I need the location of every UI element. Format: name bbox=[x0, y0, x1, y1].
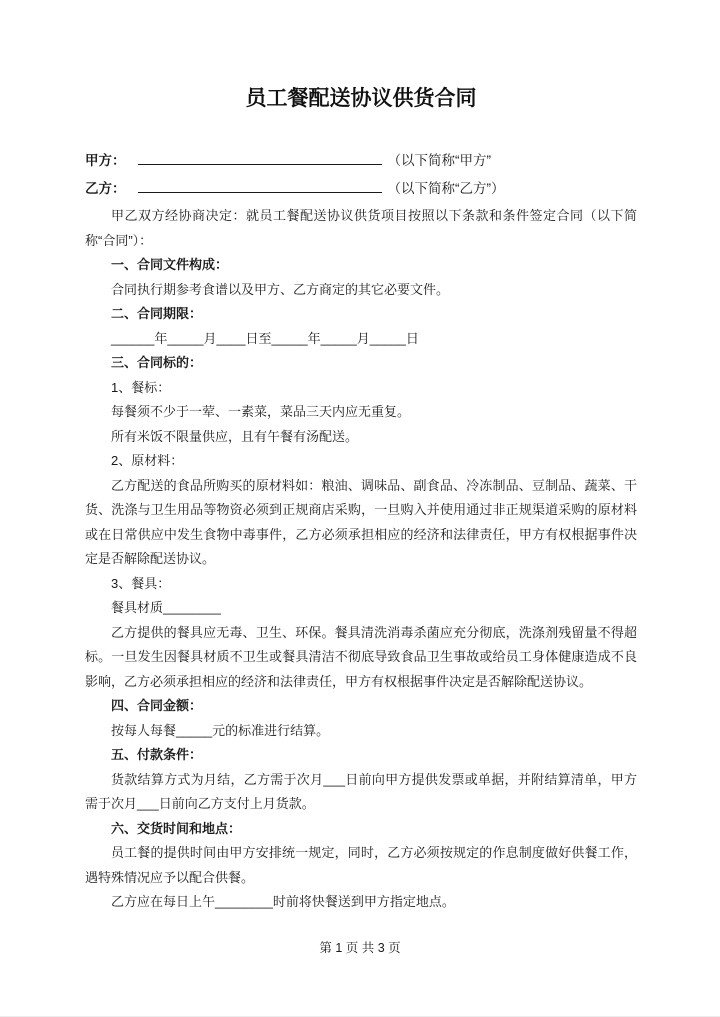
party-a-label: 甲方： bbox=[85, 153, 126, 168]
section-1-body: 合同执行期参考食谱以及甲方、乙方商定的其它必要文件。 bbox=[85, 278, 637, 303]
contract-document-page: 员工餐配送协议供货合同 甲方：（以下简称“甲方” 乙方：（以下简称“乙方”） 甲… bbox=[0, 0, 720, 1017]
page-number-footer: 第 1 页 共 3 页 bbox=[0, 938, 720, 956]
party-a-suffix: （以下简称“甲方” bbox=[388, 153, 492, 168]
document-title: 员工餐配送协议供货合同 bbox=[85, 86, 637, 112]
clause-3-3-text: 乙方提供的餐具应无毒、卫生、环保。餐具清洗消毒杀菌应充分彻底，洗涤剂残留量不得超… bbox=[85, 621, 637, 695]
tableware-material-blank-line: 餐具材质________ bbox=[85, 596, 637, 621]
party-b-blank-line bbox=[138, 192, 382, 193]
clause-3-1-label: 1、餐标： bbox=[85, 376, 637, 401]
intro-paragraph: 甲乙双方经协商决定：就员工餐配送协议供货项目按照以下条款和条件签定合同（以下简称… bbox=[85, 204, 637, 253]
party-b-label: 乙方： bbox=[85, 181, 126, 196]
section-6-body-1: 员工餐的提供时间由甲方安排统一规定，同时，乙方必须按规定的作息制度做好供餐工作，… bbox=[85, 841, 637, 890]
contract-body: 甲乙双方经协商决定：就员工餐配送协议供货项目按照以下条款和条件签定合同（以下简称… bbox=[85, 204, 637, 915]
party-b-row: 乙方：（以下简称“乙方”） bbox=[85, 175, 637, 203]
clause-3-2-label: 2、原材料： bbox=[85, 449, 637, 474]
clause-3-3-label: 3、餐具： bbox=[85, 572, 637, 597]
section-6-body-2: 乙方应在每日上午________时前将快餐送到甲方指定地点。 bbox=[85, 890, 637, 915]
section-5-heading: 五、付款条件： bbox=[85, 743, 637, 768]
clause-3-1-text-2: 所有米饭不限量供应，且有午餐有汤配送。 bbox=[85, 425, 637, 450]
section-3-heading: 三、合同标的： bbox=[85, 351, 637, 376]
section-2-heading: 二、合同期限： bbox=[85, 302, 637, 327]
section-6-heading: 六、交货时间和地点： bbox=[85, 817, 637, 842]
clause-3-2-text: 乙方配送的食品所购买的原材料如：粮油、调味品、副食品、冷冻制品、豆制品、蔬菜、干… bbox=[85, 474, 637, 572]
section-4-heading: 四、合同金额： bbox=[85, 694, 637, 719]
party-b-suffix: （以下简称“乙方”） bbox=[388, 181, 505, 196]
clause-3-1-text-1: 每餐须不少于一荤、一素菜，菜品三天内应无重复。 bbox=[85, 400, 637, 425]
page-content: 员工餐配送协议供货合同 甲方：（以下简称“甲方” 乙方：（以下简称“乙方”） 甲… bbox=[85, 0, 637, 915]
contract-period-blank-line: ______年_____月____日至_____年_____月_____日 bbox=[85, 327, 637, 352]
party-a-row: 甲方：（以下简称“甲方” bbox=[85, 147, 637, 175]
section-5-body: 货款结算方式为月结，乙方需于次月___日前向甲方提供发票或单据，并附结算清单，甲… bbox=[85, 768, 637, 817]
parties-block: 甲方：（以下简称“甲方” 乙方：（以下简称“乙方”） bbox=[85, 147, 637, 203]
section-1-heading: 一、合同文件构成： bbox=[85, 253, 637, 278]
party-a-blank-line bbox=[138, 164, 382, 165]
section-4-body: 按每人每餐_____元的标准进行结算。 bbox=[85, 719, 637, 744]
